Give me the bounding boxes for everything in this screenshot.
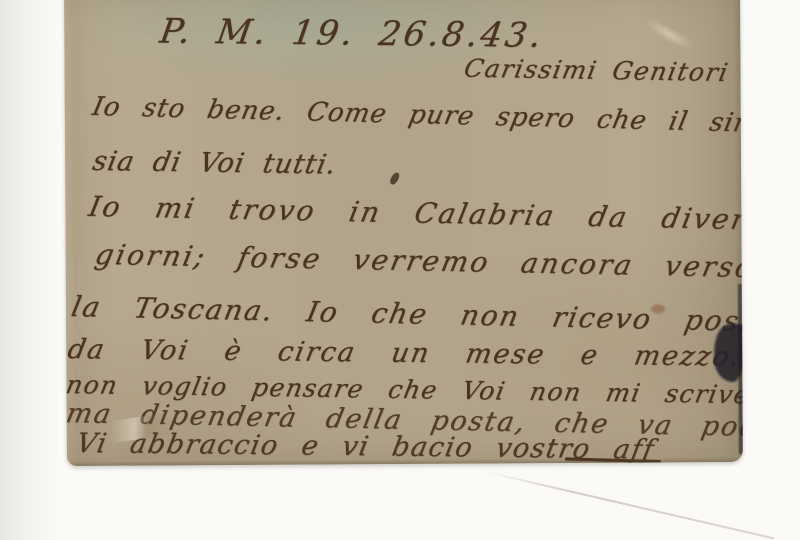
postcard-scan: P. M. 19. 26.8.43. Carissimi Genitori Io… xyxy=(0,0,800,540)
postcard: P. M. 19. 26.8.43. Carissimi Genitori Io… xyxy=(64,0,743,466)
postmark-date-line: P. M. 19. 26.8.43. xyxy=(157,12,547,56)
handwritten-line: sia di Voi tutti. xyxy=(90,146,339,181)
handwritten-line: la Toscana. Io che non ricevo posta xyxy=(69,290,743,338)
ink-blot-edge-smear xyxy=(738,284,743,454)
handwritten-line: Io mi trovo in Calabria da diversi xyxy=(86,190,743,237)
handwritten-line: Io sto bene. Come pure spero che il simi… xyxy=(90,92,743,140)
scanner-background-crease xyxy=(482,470,775,539)
stain-spot xyxy=(651,304,665,313)
handwritten-line: giorni; forse verremo ancora verso xyxy=(92,238,743,284)
handwritten-line: da Voi è circa un mese e mezzo. xyxy=(65,334,743,373)
ink-speck xyxy=(389,171,401,186)
